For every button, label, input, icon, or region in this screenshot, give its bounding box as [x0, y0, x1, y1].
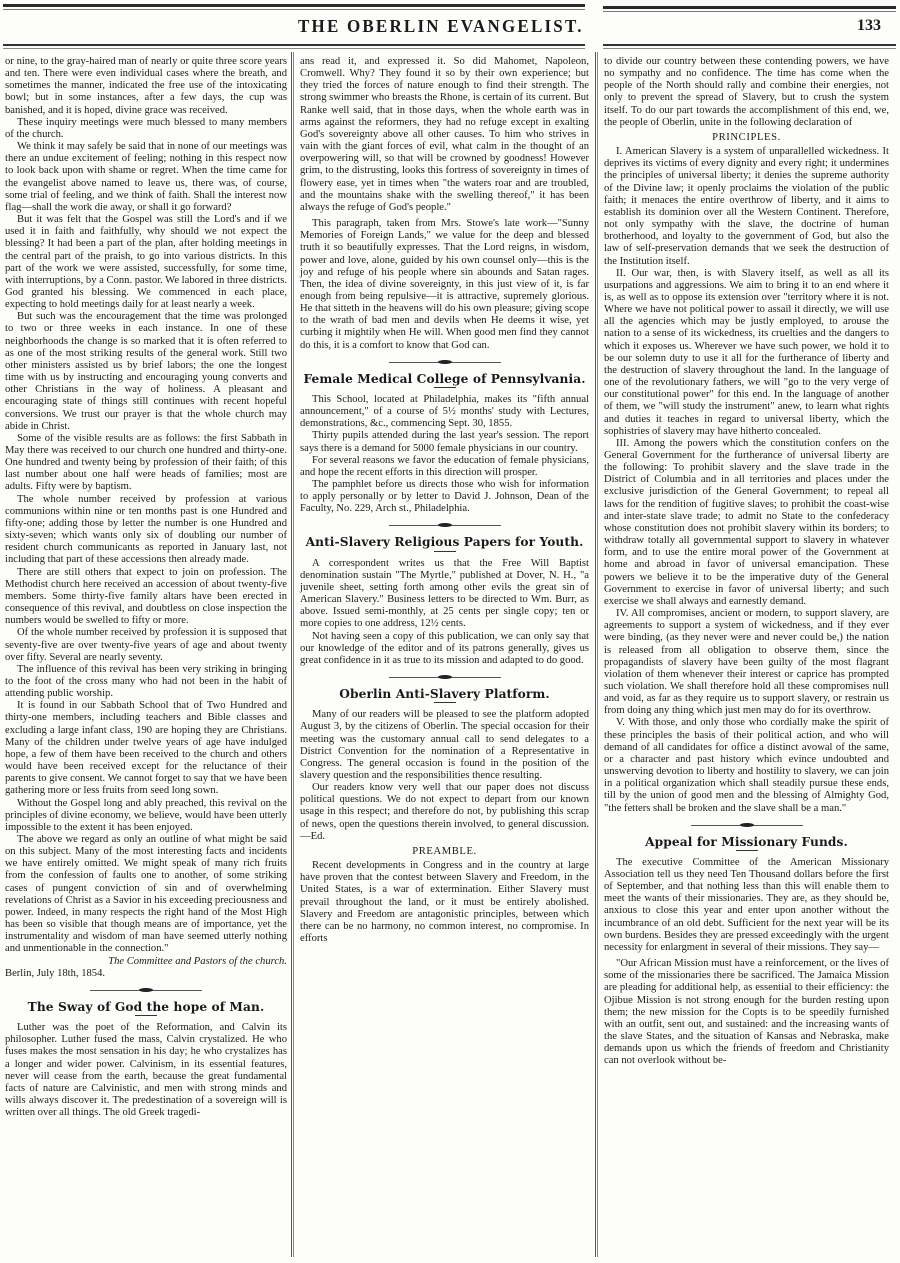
paragraph: ans read it, and expressed it. So did Ma…	[300, 56, 589, 214]
paragraph: These inquiry meetings were much blessed…	[5, 117, 287, 141]
masthead-rule	[3, 44, 585, 46]
paragraph: Our readers know very well that our pape…	[300, 782, 589, 843]
heading-rule	[736, 850, 758, 851]
paragraph: Of the whole number received by professi…	[5, 627, 287, 663]
section-separator	[90, 990, 202, 991]
paragraph: This School, located at Philadelphia, ma…	[300, 394, 589, 430]
masthead-rule	[603, 48, 896, 49]
heading-rule	[135, 1015, 157, 1016]
paragraph: Thirty pupils attended during the last y…	[300, 430, 589, 454]
subheading-principles: PRINCIPLES.	[604, 132, 889, 144]
section-separator	[389, 525, 501, 526]
paragraph: Luther was the poet of the Reformation, …	[5, 1022, 287, 1119]
column-divider	[291, 52, 294, 1257]
signature: The Committee and Pastors of the church.	[5, 956, 287, 968]
principle-item: IV. All compromises, ancient or modern, …	[604, 608, 889, 717]
masthead: THE OBERLIN EVANGELIST. 133	[0, 0, 900, 56]
principle-item: I. American Slavery is a system of unpar…	[604, 146, 889, 268]
section-separator	[389, 677, 501, 678]
article-heading: Anti-Slavery Religious Papers for Youth.	[300, 536, 589, 548]
paragraph: There are still others that expect to jo…	[5, 567, 287, 628]
paragraph: We think it may safely be said that in n…	[5, 141, 287, 214]
paragraph: But such was the encouragement that the …	[5, 311, 287, 433]
column-divider	[595, 52, 598, 1257]
subheading-preamble: PREAMBLE.	[300, 846, 589, 858]
newspaper-title: THE OBERLIN EVANGELIST.	[298, 17, 584, 38]
paragraph: to divide our country between these cont…	[604, 56, 889, 129]
paragraph: Without the Gospel long and ably preache…	[5, 798, 287, 834]
masthead-rule	[3, 48, 585, 49]
column-2: ans read it, and expressed it. So did Ma…	[300, 56, 589, 945]
paragraph: Not having seen a copy of this publicati…	[300, 631, 589, 667]
paragraph: Many of our readers will be pleased to s…	[300, 709, 589, 782]
masthead-rule	[603, 44, 896, 46]
paragraph: or nine, to the gray-haired man of nearl…	[5, 56, 287, 117]
column-1: or nine, to the gray-haired man of nearl…	[5, 56, 287, 1119]
article-heading: Appeal for Missionary Funds.	[604, 836, 889, 848]
paragraph: The above we regard as only an outline o…	[5, 834, 287, 956]
masthead-rule	[3, 9, 585, 10]
heading-rule	[434, 387, 456, 388]
paragraph: This paragraph, taken from Mrs. Stowe's …	[300, 218, 589, 352]
article-heading: Oberlin Anti-Slavery Platform.	[300, 688, 589, 700]
heading-rule	[434, 702, 456, 703]
paragraph: It is found in our Sabbath School that o…	[5, 700, 287, 797]
section-separator	[691, 825, 803, 826]
article-heading: The Sway of God the hope of Man.	[5, 1001, 287, 1013]
paragraph: The executive Committee of the American …	[604, 857, 889, 954]
masthead-rule	[603, 6, 896, 9]
masthead-rule	[3, 4, 585, 7]
paragraph: The whole number received by profession …	[5, 494, 287, 567]
principle-item: III. Among the powers which the constitu…	[604, 438, 889, 608]
section-separator	[389, 362, 501, 363]
paragraph: The pamphlet before us directs those who…	[300, 479, 589, 515]
heading-rule	[434, 551, 456, 552]
paragraph: The influence of this revival has been v…	[5, 664, 287, 700]
paragraph: But it was felt that the Gospel was stil…	[5, 214, 287, 311]
dateline: Berlin, July 18th, 1854.	[5, 968, 287, 980]
page-number: 133	[857, 17, 881, 35]
column-3: to divide our country between these cont…	[604, 56, 889, 1068]
paragraph: "Our African Mission must have a reinfor…	[604, 958, 889, 1067]
principle-item: V. With those, and only those who cordia…	[604, 717, 889, 814]
paragraph: Recent developments in Congress and in t…	[300, 860, 589, 945]
paragraph: For several reasons we favor the educati…	[300, 455, 589, 479]
article-heading: Female Medical College of Pennsylvania.	[300, 373, 589, 385]
principle-item: II. Our war, then, is with Slavery itsel…	[604, 268, 889, 438]
paragraph: Some of the visible results are as follo…	[5, 433, 287, 494]
paragraph: A correspondent writes us that the Free …	[300, 558, 589, 631]
masthead-rule	[603, 11, 896, 12]
